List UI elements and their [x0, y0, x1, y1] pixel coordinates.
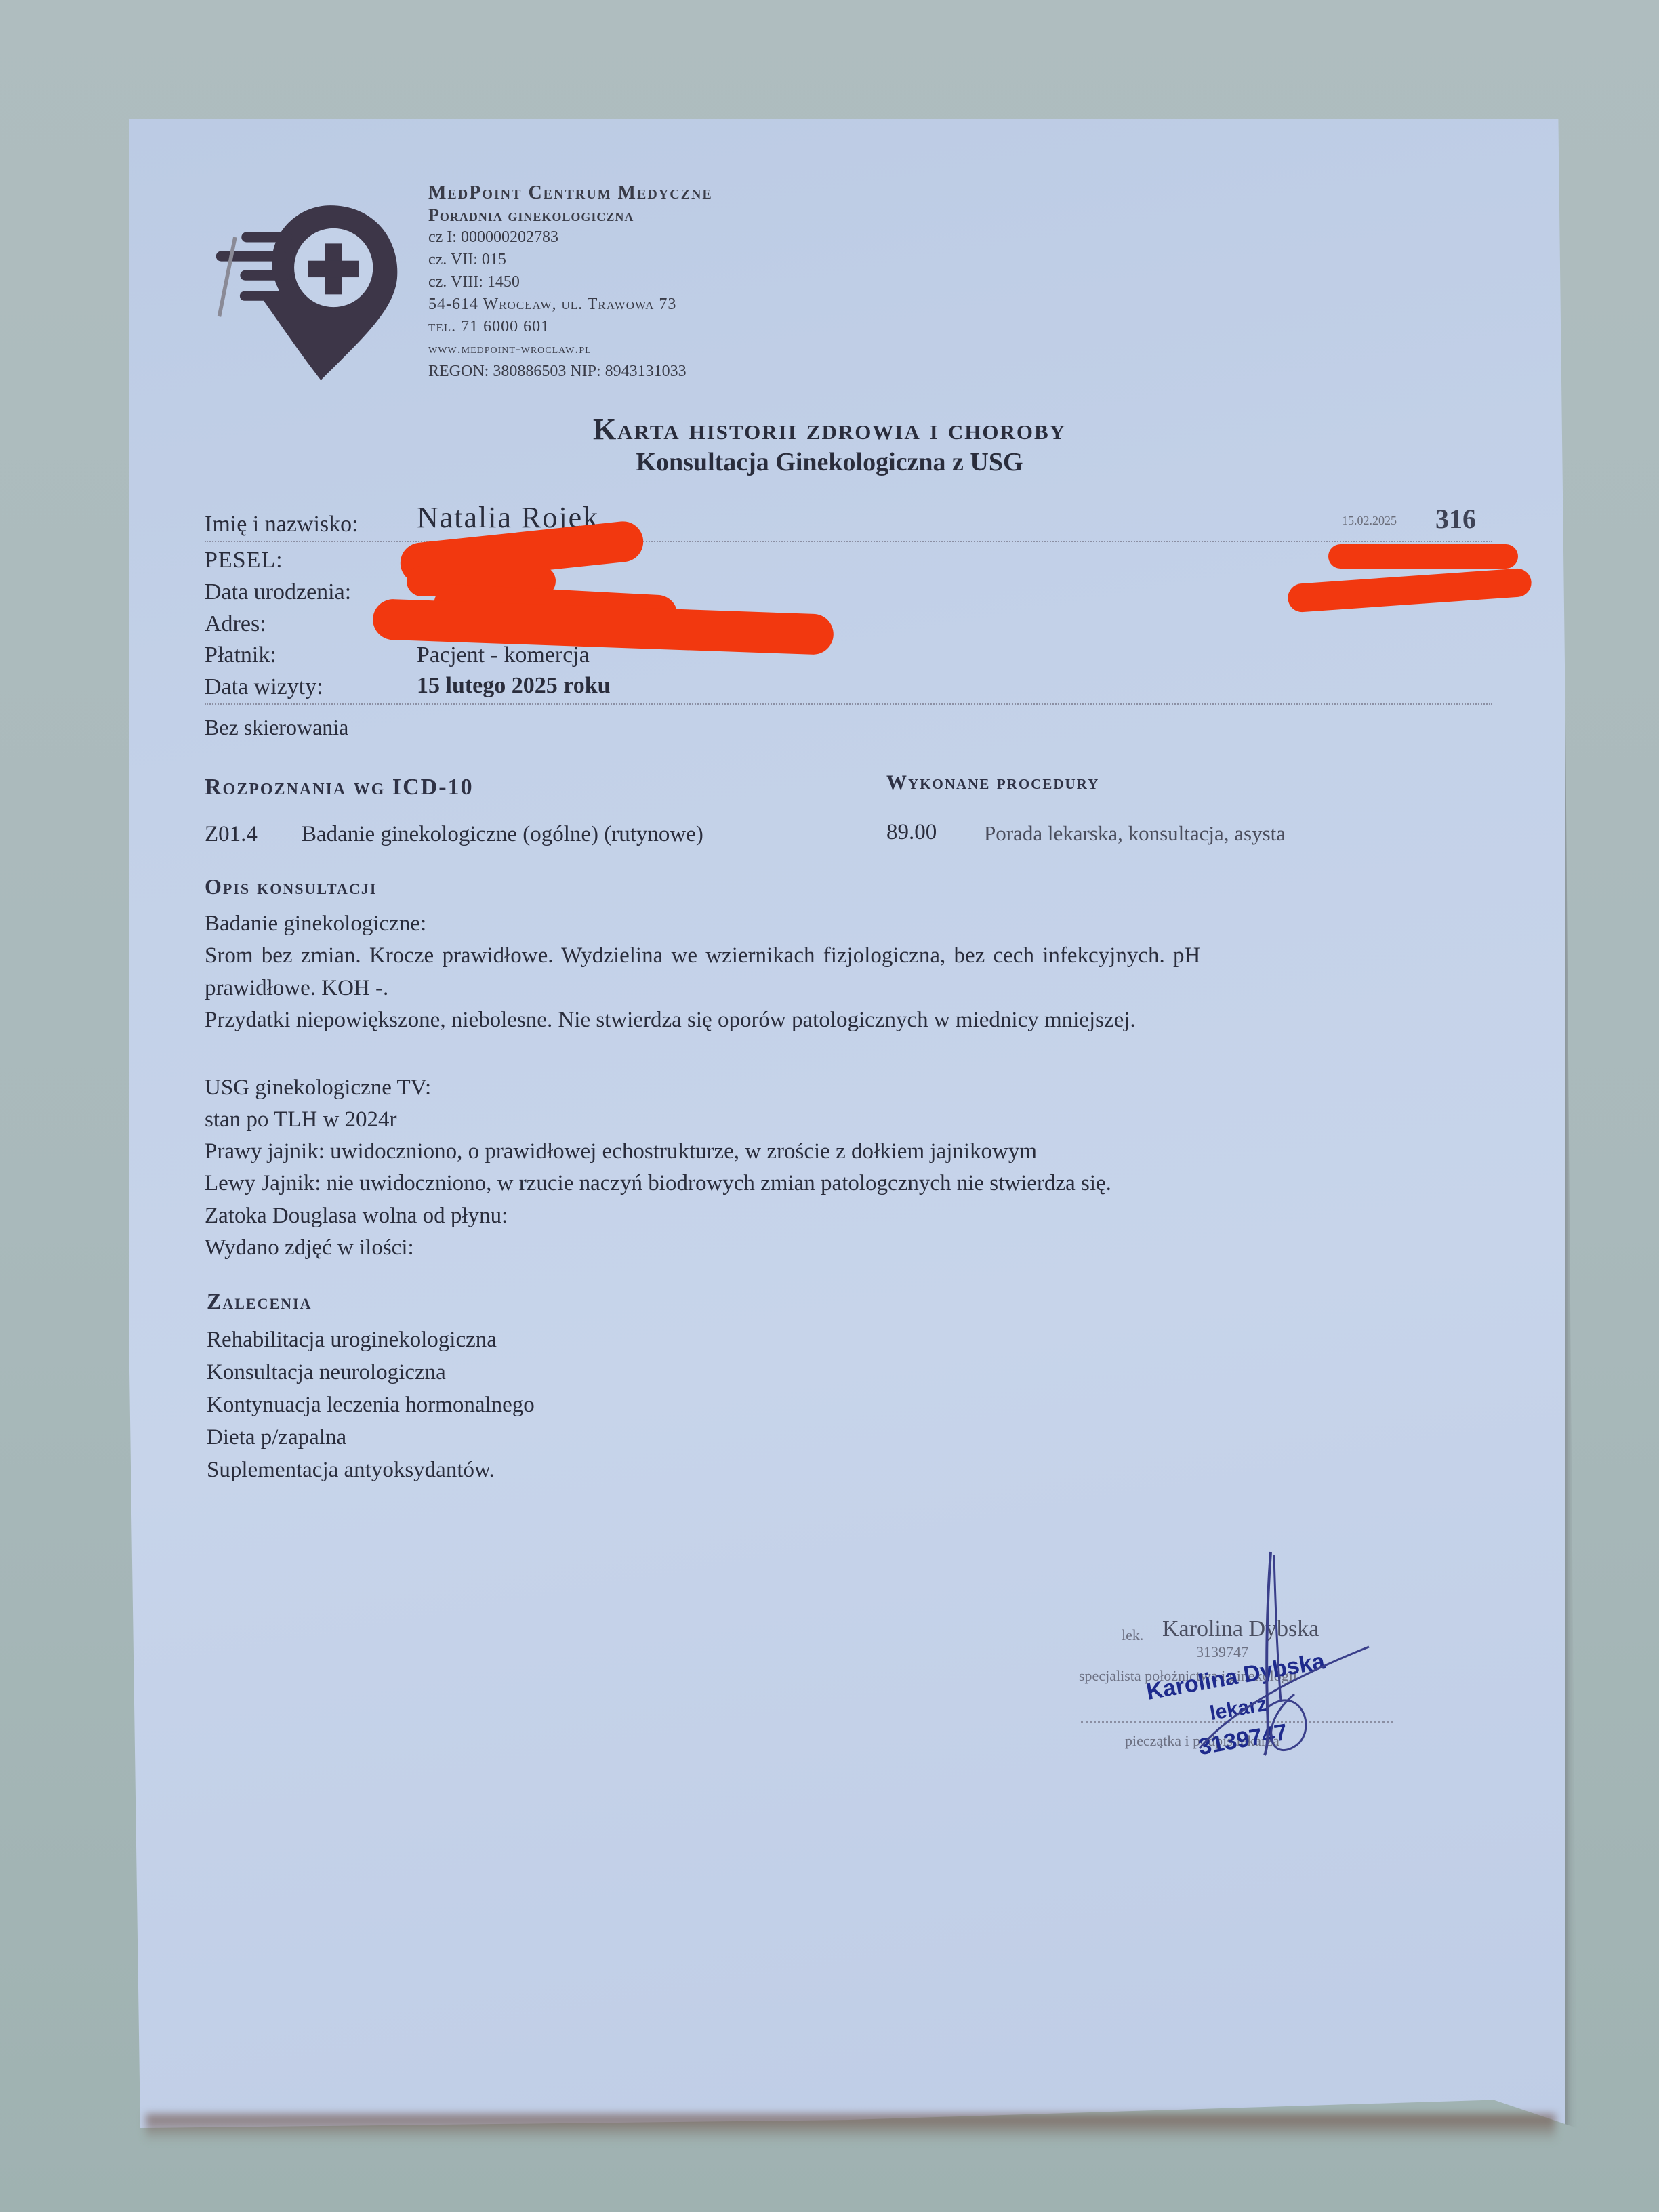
usg-line: Wydano zdjęć w ilości:	[205, 1235, 414, 1261]
clinic-department: Poradnia ginekologiczna	[428, 204, 713, 226]
document-number: 316	[1435, 503, 1476, 535]
name-label: Imię i nazwisko:	[205, 512, 359, 537]
procedure-code: 89.00	[886, 820, 937, 845]
recommendation-item: Suplementacja antyoksydantów.	[207, 1454, 535, 1486]
document-date: 15.02.2025	[1342, 514, 1397, 528]
clinic-registry: REGON: 380886503 NIP: 8943131033	[428, 361, 713, 383]
usg-line: Prawy jajnik: uwidoczniono, o prawidłowe…	[205, 1139, 1037, 1164]
birth-date-label: Data urodzenia:	[205, 579, 351, 605]
exam-line: Srom bez zmian. Krocze prawidłowe. Wydzi…	[205, 943, 1200, 968]
clinic-website: www.medpoint-wroclaw.pl	[428, 338, 713, 361]
referral-status: Bez skierowania	[205, 715, 348, 740]
paper-shadow	[146, 2114, 1555, 2142]
exam-line: Przydatki niepowiększone, niebolesne. Ni…	[205, 1008, 1136, 1033]
page-subtitle: Konsultacja Ginekologiczna z USG	[0, 447, 1659, 477]
payer-label: Płatnik:	[205, 642, 276, 668]
procedures-heading: Wykonane procedury	[886, 771, 1099, 794]
clinic-info-line: cz. VIII: 1450	[428, 271, 713, 293]
clinic-header: MedPoint Centrum Medyczne Poradnia ginek…	[428, 182, 713, 383]
recommendations-list: Rehabilitacja uroginekologiczna Konsulta…	[207, 1324, 535, 1486]
recommendations-heading: Zalecenia	[207, 1289, 312, 1314]
usg-line: Lewy Jajnik: nie uwidoczniono, w rzucie …	[205, 1171, 1111, 1196]
clinic-info-line: cz. VII: 015	[428, 249, 713, 271]
divider	[205, 703, 1492, 705]
clinic-phone: tel. 71 6000 601	[428, 316, 713, 338]
payer-value: Pacjent - komercja	[417, 642, 590, 668]
divider	[205, 541, 1492, 542]
page-title: Karta historii zdrowia i choroby	[0, 412, 1659, 447]
visit-date-label: Data wizyty:	[205, 674, 323, 700]
redaction-mark	[1328, 544, 1518, 569]
pesel-label: PESEL:	[205, 548, 283, 573]
map-pin-medical-cross-icon	[203, 190, 407, 386]
clinic-name: MedPoint Centrum Medyczne	[428, 182, 713, 204]
visit-date-value: 15 lutego 2025 roku	[417, 673, 611, 699]
diagnoses-heading: Rozpoznania wg ICD-10	[205, 775, 474, 800]
usg-line: stan po TLH w 2024r	[205, 1107, 397, 1132]
usg-line: USG ginekologiczne TV:	[205, 1076, 431, 1101]
consultation-heading: Opis konsultacji	[205, 874, 377, 899]
procedure-text: Porada lekarska, konsultacja, asysta	[984, 821, 1286, 846]
recommendation-item: Kontynuacja leczenia hormonalnego	[207, 1389, 535, 1421]
address-label: Adres:	[205, 611, 266, 637]
diagnosis-text: Badanie ginekologiczne (ogólne) (rutynow…	[302, 822, 703, 847]
clinic-info-line: cz I: 000000202783	[428, 226, 713, 249]
recommendation-item: Rehabilitacja uroginekologiczna	[207, 1324, 535, 1356]
recommendation-item: Dieta p/zapalna	[207, 1421, 535, 1454]
usg-line: Zatoka Douglasa wolna od płynu:	[205, 1204, 508, 1229]
handwritten-signature	[1166, 1545, 1389, 1762]
diagnosis-code: Z01.4	[205, 822, 258, 847]
recommendation-item: Konsultacja neurologiczna	[207, 1356, 535, 1389]
doctor-title-prefix: lek.	[1122, 1626, 1143, 1644]
exam-line: prawidłowe. KOH -.	[205, 976, 388, 1001]
clinic-address: 54-614 Wrocław, ul. Trawowa 73	[428, 293, 713, 316]
exam-title: Badanie ginekologiczne:	[205, 912, 426, 937]
